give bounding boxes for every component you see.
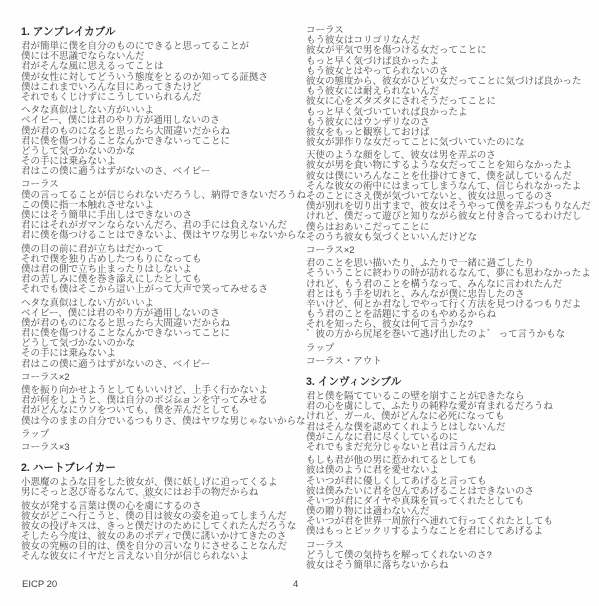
- lyric-line: コーラス×2: [306, 246, 598, 256]
- furigana-ruby: 忍しの: [69, 487, 79, 498]
- lyric-stanza: コーラス・アウト: [306, 357, 598, 367]
- lyric-line: 僕は今のままの自分でいるつもりさ、僕はヤワな男じゃないからな: [21, 417, 299, 427]
- lyric-stanza: 天使のような顔をして、彼女は男を弄ぶのさ彼女が男を食い物にするような女だってこと…: [306, 151, 598, 243]
- lyric-line: 彼女はそう簡単に落ちないからね: [306, 561, 598, 571]
- lyric-line: 彼女に心をズタズタにされそうだってことに: [306, 97, 598, 107]
- lyric-line: それでもまだ充分じゃないと君は言うんだね: [306, 443, 598, 453]
- lyric-line: そういうことに終わりの時が訪れるなんて、夢にも思わなかったよ: [306, 269, 598, 279]
- furigana-ruby: 適かな: [78, 359, 88, 370]
- lyrics-column-left: 1. アンブレイカブル君が簡単に僕を自分のものにできると思ってることが僕には不思…: [21, 26, 299, 566]
- lyric-line: コーラス・アウト: [306, 357, 598, 367]
- lyric-line: コーラス×2: [21, 373, 299, 383]
- lyric-stanza: 君が簡単に僕を自分のものにできると思ってることが僕には不思議でならないんだ君がそ…: [21, 42, 299, 103]
- lyric-line: 僕はもっとビックリするようなことを君にしてあげるよ: [306, 527, 598, 537]
- lyric-line: 男にそっと忍しのび寄るなんて、彼女にはお手の物だからね: [21, 488, 299, 498]
- lyric-stanza: ヘタな真似はしない方がいいよベイビー、僕には君のやり方が通用しないのさ僕が君のも…: [21, 106, 299, 177]
- song-title: 3. インヴィンシブル: [306, 376, 598, 388]
- lyric-stanza: コーラス×3: [21, 443, 299, 453]
- furigana-text: は: [118, 280, 123, 285]
- furigana-ruby: 弄もてあそ: [173, 405, 183, 416]
- lyric-stanza: コーラスどうして僕の気持ちを解ってくれないのさ?彼女はそう簡単に落ちないからね: [306, 541, 598, 572]
- lyric-stanza: コーラス×2: [306, 246, 598, 256]
- page-footer: EICP 20 4: [0, 579, 599, 593]
- furigana-text: しの: [68, 483, 78, 488]
- lyric-stanza: コーラス僕の言ってることが信じられないだろうし、納得できないだろうねこの僕に指一…: [21, 180, 299, 241]
- lyric-line: 君に僕を傷つけることはできないよ、僕はヤワな男じゃないからな: [21, 231, 299, 241]
- lyric-stanza: ヘタな真似はしない方がいいよベイビー、僕には君のやり方が通用しないのさ僕が君のも…: [21, 299, 299, 370]
- lyric-stanza: 僕の目の前に君が立ちはだかってそれで僕を独り占めしたつもりになっても僕は君の側で…: [21, 245, 299, 296]
- lyric-stanza: 彼女が発する言葉は僕の心を虜とりこにするのさ彼女がどこへ行こうと、僕の目は彼女の…: [21, 502, 299, 563]
- furigana-text: もてあそ: [168, 401, 187, 406]
- furigana-ruby: 虜とりこ: [145, 501, 155, 512]
- furigana-ruby: 育はぐく: [477, 401, 487, 412]
- lyric-stanza: コーラス×2: [21, 373, 299, 383]
- lyric-line: コーラス×3: [21, 443, 299, 453]
- furigana-ruby: 惹ひ: [392, 455, 402, 466]
- song-title: 2. ハートブレイカー: [21, 462, 299, 474]
- lyric-line: ラップ: [21, 430, 299, 440]
- lyric-stanza: 君のことを思い描いたり、ふたりで一緒に過ごしたりそういうことに終わりの時が訪れる…: [306, 259, 598, 341]
- song-title: 1. アンブレイカブル: [21, 26, 299, 38]
- furigana-text: はぐく: [474, 397, 488, 402]
- lyrics-column-right: コーラスもう彼女はコリゴリなんだ彼女が平気で男を傷つける女だってことにもっと早く…: [306, 26, 598, 574]
- lyric-line: 君はこの僕に適かなうはずがないのさ、ベイビー: [21, 360, 299, 370]
- lyric-stanza: 小悪魔のような目をした彼女が、僕に妖しげに迫ってくるよ男にそっと忍しのび寄るなん…: [21, 478, 299, 498]
- lyric-line: それでも僕はそこから這はい上がって大声で笑ってみせるさ: [21, 285, 299, 295]
- lyric-line: ラップ: [306, 344, 598, 354]
- booklet-page: 1. アンブレイカブル君が簡単に僕を自分のものにできると思ってることが僕には不思…: [0, 0, 599, 606]
- lyric-line: 彼は僕のように君を愛せないよ: [306, 466, 598, 476]
- lyric-stanza: ラップ: [21, 430, 299, 440]
- page-number: 4: [293, 579, 298, 590]
- lyric-line: それでもくじけずにこうしていられるんだ: [21, 93, 299, 103]
- lyric-stanza: 君と僕を隔てているこの壁を崩すことができたなら君の心を虜にして、ふたりの純粋な愛…: [306, 392, 598, 453]
- lyric-line: そのうち彼女も気づくといいんだけどな: [306, 233, 598, 243]
- lyric-stanza: 僕を振り向かせようとしてもいいけど、上手く行かないよ君が何をしようと、僕は自分の…: [21, 386, 299, 427]
- lyric-line: 君はこの僕に適かなうはずがないのさ、ベイビー: [21, 167, 299, 177]
- lyric-line: ベイビー、僕には君のやり方が通用しないのさ: [21, 116, 299, 126]
- catalog-number: EICP 20: [22, 579, 57, 590]
- furigana-text: とりこ: [142, 496, 156, 501]
- furigana-text: かな: [78, 354, 88, 359]
- furigana-text: かな: [78, 162, 88, 167]
- furigana-ruby: 適かな: [78, 166, 88, 177]
- lyric-stanza: コーラスもう彼女はコリゴリなんだ彼女が平気で男を傷つける女だってことにもっと早く…: [306, 26, 598, 148]
- furigana-ruby: 這は: [116, 284, 126, 295]
- lyric-stanza: もしも君が他の男に惹ひかれてるとしても彼は僕のように君を愛せないよそいつが君に優…: [306, 456, 598, 538]
- lyric-line: ゛彼の方から尻尾を巻いて逃げ出したのよ゛ って言うかもな: [306, 330, 598, 340]
- lyric-stanza: ラップ: [306, 344, 598, 354]
- furigana-text: ひ: [394, 451, 399, 456]
- lyric-line: そんな彼女にイヤだと言えない自分が信じられないよ: [21, 552, 299, 562]
- lyric-line: 彼女が罪作りな女だってことに気づいていたのにな: [306, 138, 598, 148]
